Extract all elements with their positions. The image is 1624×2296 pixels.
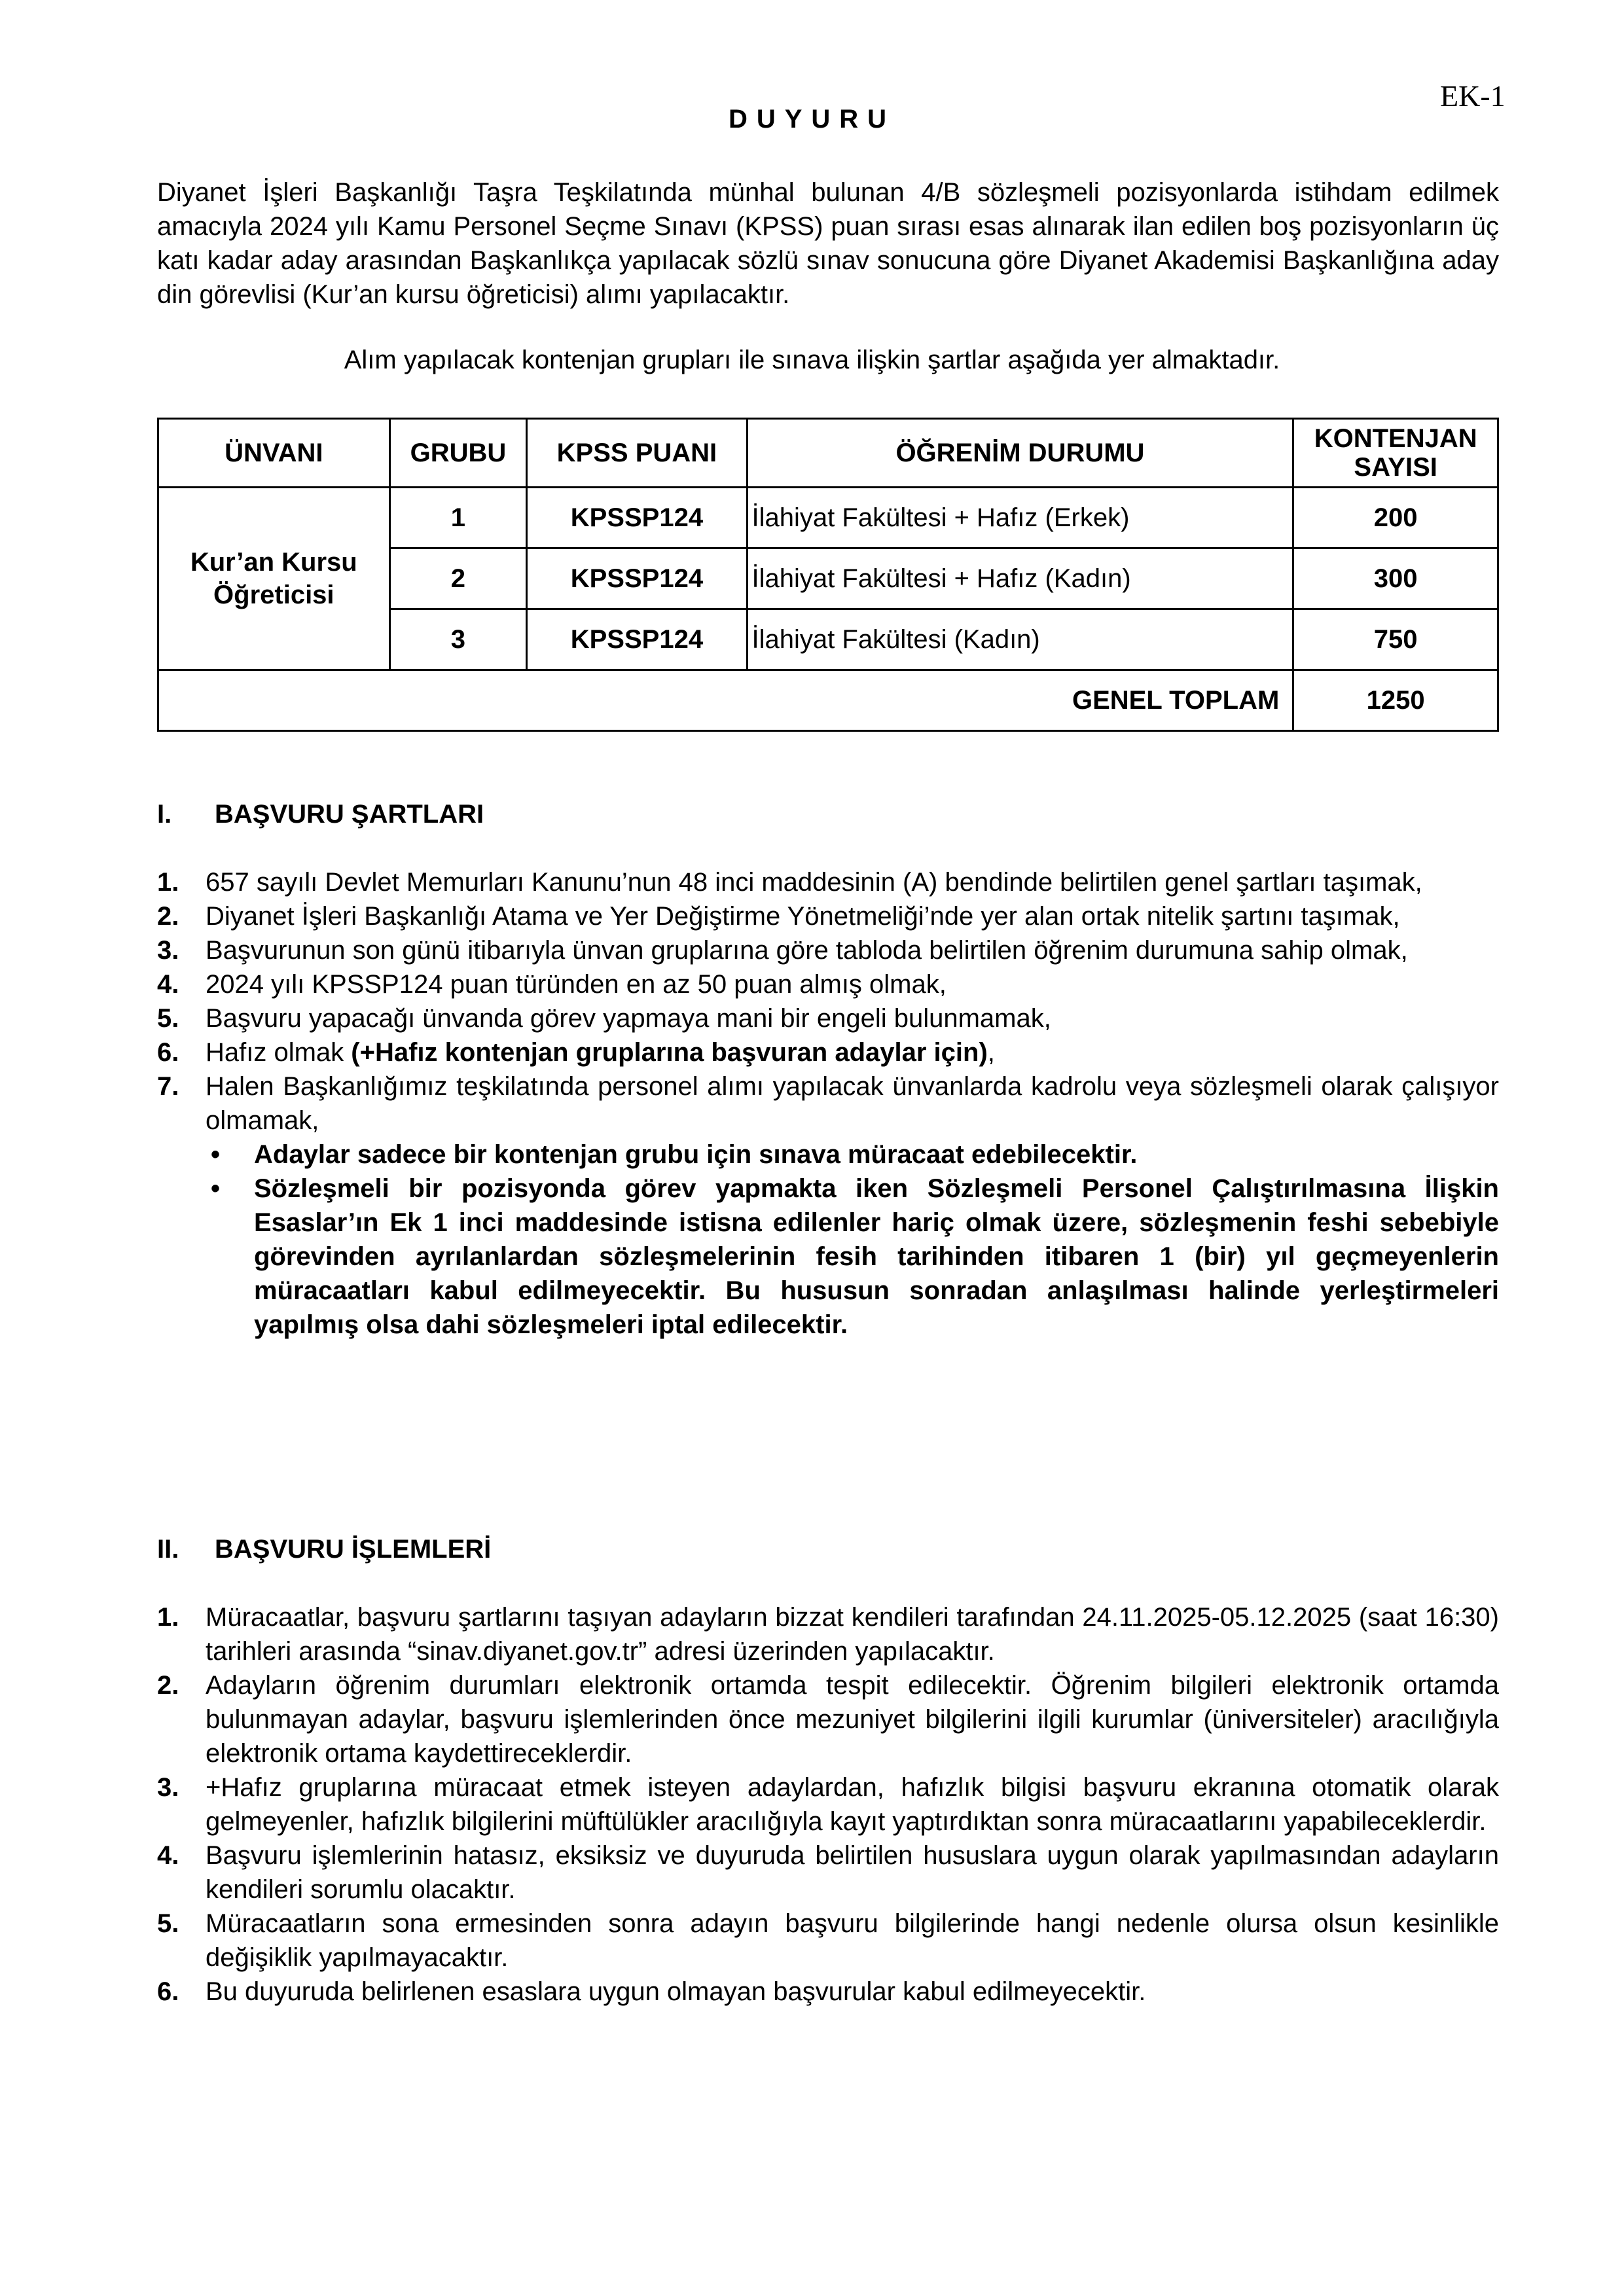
procedures-list: 1.Müracaatlar, başvuru şartlarını taşıya… [157,1600,1499,2009]
list-item: 2.Diyanet İşleri Başkanlığı Atama ve Yer… [157,899,1499,933]
item-text: Bu duyuruda belirlenen esaslara uygun ol… [206,1977,1146,2006]
bullet-item: •Adaylar sadece bir kontenjan grubu için… [206,1138,1499,1172]
bullet-text: Adaylar sadece bir kontenjan grubu için … [254,1140,1137,1169]
item-number: 1. [157,865,179,899]
kpss-cell: KPSSP124 [527,548,747,609]
bullet-icon: • [211,1138,220,1172]
list-item: 4.Başvuru işlemlerinin hatasız, eksiksiz… [157,1839,1499,1907]
education-cell: İlahiyat Fakültesi + Hafız (Erkek) [747,488,1293,548]
item-text: Başvuru yapacağı ünvanda görev yapmaya m… [206,1004,1051,1033]
bullet-list: •Adaylar sadece bir kontenjan grubu için… [206,1138,1499,1342]
intro-paragraph: Diyanet İşleri Başkanlığı Taşra Teşkilat… [157,175,1499,312]
item-text: Müracaatların sona ermesinden sonra aday… [206,1909,1499,1972]
bullet-item: •Sözleşmeli bir pozisyonda görev yapmakt… [206,1172,1499,1342]
item-number: 3. [157,1770,179,1804]
list-item: 4.2024 yılı KPSSP124 puan türünden en az… [157,967,1499,1001]
section-number: I. [157,800,215,829]
list-item: 5.Müracaatların sona ermesinden sonra ad… [157,1907,1499,1975]
header-unvan: ÜNVANI [158,419,390,488]
item-text: Başvuru işlemlerinin hatasız, eksiksiz v… [206,1841,1499,1904]
document-title: DUYURU [0,105,1624,134]
requirements-list: 1.657 sayılı Devlet Memurları Kanunu’nun… [157,865,1499,1342]
section-heading-requirements: I.BAŞVURU ŞARTLARI [157,800,484,829]
item-number: 3. [157,933,179,967]
list-item: 7.Halen Başkanlığımız teşkilatında perso… [157,1069,1499,1342]
total-label: GENEL TOPLAM [158,670,1293,731]
item-text: Halen Başkanlığımız teşkilatında persone… [206,1072,1499,1135]
total-value: 1250 [1293,670,1498,731]
item-text: +Hafız gruplarına müracaat etmek isteyen… [206,1773,1499,1836]
item-number: 6. [157,1975,179,2009]
item-number: 4. [157,1839,179,1873]
bullet-text: Sözleşmeli bir pozisyonda görev yapmakta… [254,1174,1499,1339]
bullet-icon: • [211,1172,220,1206]
item-text: 2024 yılı KPSSP124 puan türünden en az 5… [206,970,947,999]
section-title: BAŞVURU ŞARTLARI [215,800,484,829]
item-text: Diyanet İşleri Başkanlığı Atama ve Yer D… [206,902,1400,931]
quota-table: ÜNVANI GRUBU KPSS PUANI ÖĞRENİM DURUMU K… [157,418,1499,732]
item-text: Adayların öğrenim durumları elektronik o… [206,1671,1499,1768]
title-cell: Kur’an Kursu Öğreticisi [158,488,390,670]
list-item: 1.Müracaatlar, başvuru şartlarını taşıya… [157,1600,1499,1668]
quota-cell: 300 [1293,548,1498,609]
table-row: Kur’an Kursu Öğreticisi 1 KPSSP124 İlahi… [158,488,1498,548]
item-text: , [988,1038,995,1067]
kpss-cell: KPSSP124 [527,488,747,548]
table-header-row: ÜNVANI GRUBU KPSS PUANI ÖĞRENİM DURUMU K… [158,419,1498,488]
item-text: Müracaatlar, başvuru şartlarını taşıyan … [206,1603,1499,1666]
quota-cell: 200 [1293,488,1498,548]
item-number: 6. [157,1035,179,1069]
list-item: 3.Başvurunun son günü itibarıyla ünvan g… [157,933,1499,967]
quota-cell: 750 [1293,609,1498,670]
item-number: 5. [157,1907,179,1941]
item-number: 5. [157,1001,179,1035]
list-item: 2.Adayların öğrenim durumları elektronik… [157,1668,1499,1770]
item-text: 657 sayılı Devlet Memurları Kanunu’nun 4… [206,868,1422,897]
item-number: 2. [157,899,179,933]
item-number: 2. [157,1668,179,1702]
item-text: Hafız olmak [206,1038,351,1067]
item-number: 1. [157,1600,179,1634]
section-number: II. [157,1535,215,1564]
header-kontenjan: KONTENJAN SAYISI [1293,419,1498,488]
table-total-row: GENEL TOPLAM 1250 [158,670,1498,731]
subintro-paragraph: Alım yapılacak kontenjan grupları ile sı… [0,346,1624,375]
group-cell: 1 [389,488,527,548]
list-item: 1.657 sayılı Devlet Memurları Kanunu’nun… [157,865,1499,899]
section-title: BAŞVURU İŞLEMLERİ [215,1535,491,1564]
education-cell: İlahiyat Fakültesi (Kadın) [747,609,1293,670]
item-text-bold: (+Hafız kontenjan gruplarına başvuran ad… [351,1038,987,1067]
education-cell: İlahiyat Fakültesi + Hafız (Kadın) [747,548,1293,609]
header-ogrenim: ÖĞRENİM DURUMU [747,419,1293,488]
section-heading-procedures: II.BAŞVURU İŞLEMLERİ [157,1535,491,1564]
header-kpss: KPSS PUANI [527,419,747,488]
list-item: 6.Hafız olmak (+Hafız kontenjan grupları… [157,1035,1499,1069]
item-number: 7. [157,1069,179,1103]
list-item: 5.Başvuru yapacağı ünvanda görev yapmaya… [157,1001,1499,1035]
header-grubu: GRUBU [389,419,527,488]
list-item: 3.+Hafız gruplarına müracaat etmek istey… [157,1770,1499,1839]
kpss-cell: KPSSP124 [527,609,747,670]
group-cell: 2 [389,548,527,609]
list-item: 6.Bu duyuruda belirlenen esaslara uygun … [157,1975,1499,2009]
item-number: 4. [157,967,179,1001]
group-cell: 3 [389,609,527,670]
item-text: Başvurunun son günü itibarıyla ünvan gru… [206,936,1408,965]
